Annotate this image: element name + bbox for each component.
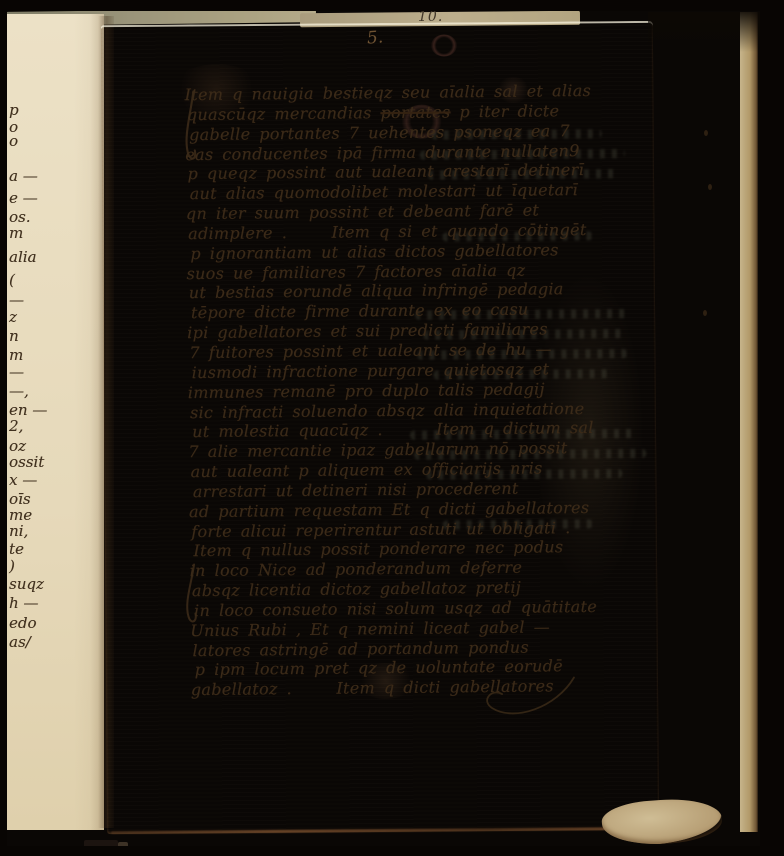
facing-page-line-fragment: a —: [9, 167, 38, 185]
facing-page-line-fragment: o: [9, 132, 18, 150]
facing-page-line-fragment: ): [9, 557, 15, 575]
line-text: suos ue familiares 7 factores aīalia qz: [186, 260, 525, 283]
photo-background-top: [0, 0, 784, 11]
facing-page-line-fragment: te: [9, 540, 24, 558]
struck-word: portates: [380, 102, 450, 122]
facing-page-strip: pooa —e —os.malia(—znm——,en —2,ozossitx …: [7, 14, 104, 830]
photo-background-left: [0, 0, 7, 856]
facing-page-line-fragment: ni,: [9, 522, 28, 540]
facing-page-line-fragment: 2,: [9, 417, 23, 435]
manuscript-photo: { "page": { "folio_number": "5.", "previ…: [0, 0, 784, 856]
photo-background-bottom: [0, 846, 784, 856]
line-text: absqz licentia dictoz gabellatoz pretij: [192, 578, 521, 600]
facing-page-line-fragment: alia: [9, 248, 36, 266]
fore-edge-cream-band: [648, 20, 682, 826]
line-text: qn iter suum possint et debeant farē et: [186, 200, 539, 223]
facing-page-line-fragment: z: [9, 308, 17, 326]
facing-page-line-fragment: p: [9, 101, 19, 119]
facing-page-line-fragment: n: [9, 327, 19, 345]
line-text: quascūqz mercandias: [187, 103, 381, 124]
line-text: 7 fuitores possint et ualeant se de hu —: [189, 339, 552, 362]
line-text: p iter dicte: [450, 101, 559, 121]
facing-page-line-fragment: m: [9, 224, 23, 242]
line-text: immunes remanē pro duplo talis pedagij: [188, 379, 545, 402]
line-text: gabellatoz . Item q dicti gabellatores: [191, 677, 554, 700]
line-text: in loco Nice ad ponderandum deferre: [189, 558, 522, 580]
fore-edge-top-shadow: [648, 12, 762, 52]
facing-page-line-fragment: as/: [9, 633, 31, 651]
line-text: latores astringē ad portandum pondus: [192, 637, 529, 660]
book-fore-edge: [648, 12, 762, 834]
facing-page-line-fragment: —: [9, 291, 24, 309]
ink-speck: [704, 130, 708, 136]
stain-ring: [431, 34, 457, 56]
line-text: ipi gabellatores et sui predicti familia…: [187, 319, 548, 342]
facing-page-line-fragment: e —: [9, 189, 38, 207]
facing-page-line-fragment: h —: [9, 594, 38, 612]
line-text: Unius Rubi , Et q nemini liceat gabel —: [190, 617, 550, 640]
facing-page-line-fragment: m: [9, 346, 23, 364]
facing-page-line-fragment: edo: [9, 614, 37, 632]
facing-page-line-fragment: ossit: [9, 453, 44, 471]
line-text: tēpore dicte firme durante ex eo casu: [191, 300, 529, 323]
facing-page-line-fragment: x —: [9, 471, 37, 489]
folio-number: 5.: [366, 27, 384, 48]
facing-page-line-fragment: (: [9, 271, 15, 289]
manuscript-line: gabellatoz . Item q dicti gabellatores: [191, 676, 653, 701]
ink-speck: [708, 184, 712, 190]
line-text: arrestari ut detineri nisi procederent: [193, 479, 519, 501]
facing-page-line-fragment: —,: [9, 382, 29, 400]
facing-page-line-fragment: —: [9, 363, 24, 381]
ink-speck: [703, 310, 707, 316]
fore-edge-outer-band: [740, 12, 758, 832]
manuscript-page: 5. Item q nauigia bestieqz seu aīalia sa…: [101, 21, 659, 834]
line-text: iusmodi infractione purgare quietosqz et: [191, 359, 549, 382]
photo-background-right: [760, 0, 784, 856]
facing-page-line-fragment: suqz: [9, 575, 44, 593]
line-text: aut ualeant p aliquem ex officiarijs nri…: [190, 458, 542, 481]
text-block: Item q nauigia bestieqz seu aīalia sal e…: [187, 80, 655, 700]
fore-edge-stained-band: [680, 14, 742, 832]
